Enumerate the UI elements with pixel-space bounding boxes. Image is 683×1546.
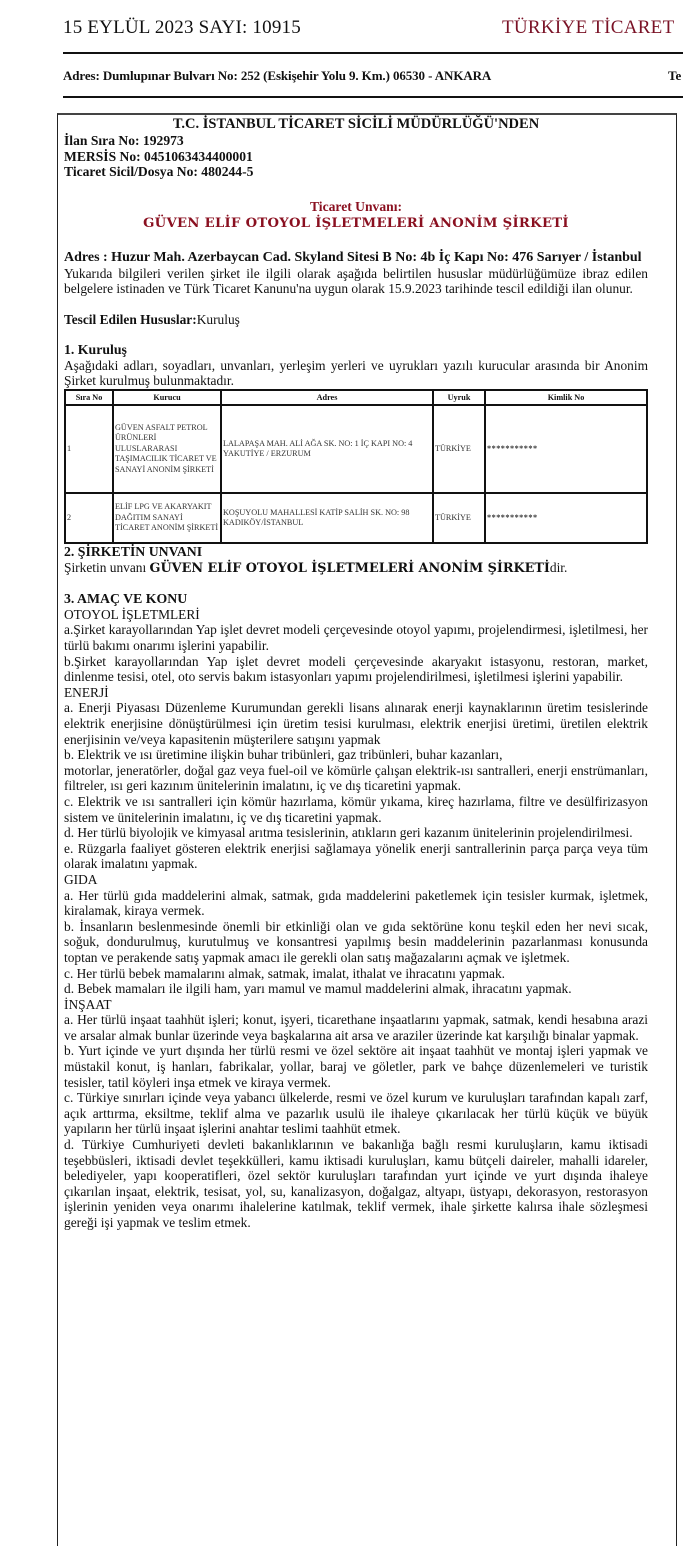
purpose-item: b. Elektrik ve ısı üretimine ilişkin buh…: [64, 747, 648, 763]
table-row: 1 GÜVEN ASFALT PETROL ÜRÜNLERİ ULUSLARAR…: [65, 405, 647, 493]
section-2-company-name: GÜVEN ELİF OTOYOL İŞLETMELERİ ANONİM ŞİR…: [150, 561, 550, 576]
table-row: 2 ELİF LPG VE AKARYAKIT DAĞITIM SANAYİ T…: [65, 493, 647, 543]
col-header-adres: Adres: [221, 390, 433, 405]
purpose-item: motorlar, jeneratörler, doğal gaz veya f…: [64, 763, 648, 794]
table-header-row: Sıra No Kurucu Adres Uyruk Kimlik No: [65, 390, 647, 405]
trade-name-label: Ticaret Unvanı:: [64, 199, 648, 215]
purpose-item: a. Her türlü inşaat taahhüt işleri; konu…: [64, 1012, 648, 1043]
purpose-group-heading: İNŞAAT: [64, 997, 648, 1013]
purpose-item: b. İnsanların beslenmesinde önemli bir e…: [64, 919, 648, 966]
purpose-group-heading: GIDA: [64, 872, 648, 888]
section-2-text: Şirketin unvanı GÜVEN ELİF OTOYOL İŞLETM…: [64, 560, 648, 577]
purpose-item: c. Elektrik ve ısı santralleri için kömü…: [64, 794, 648, 825]
notice-content: T.C. İSTANBUL TİCARET SİCİLİ MÜDÜRLÜĞÜ'N…: [64, 116, 648, 1231]
purpose-item: b. Yurt içinde ve yurt dışında her türlü…: [64, 1043, 648, 1090]
purpose-group-heading: ENERJİ: [64, 685, 648, 701]
col-header-sira-no: Sıra No: [65, 390, 113, 405]
notice-intro: Yukarıda bilgileri verilen şirket ile il…: [64, 266, 648, 297]
header-divider: [63, 52, 683, 54]
purpose-group-heading: OTOYOL İŞLETMLERİ: [64, 607, 648, 623]
cell-kimlik-no: ***********: [485, 493, 647, 543]
header-divider: [63, 96, 683, 98]
ilan-sira-no: İlan Sıra No: 192973: [64, 133, 648, 149]
purpose-item: d. Bebek mamaları ile ilgili ham, yarı m…: [64, 981, 648, 997]
cell-adres: KOŞUYOLU MAHALLESİ KATİP SALİH SK. NO: 9…: [221, 493, 433, 543]
trade-name: GÜVEN ELİF OTOYOL İŞLETMELERİ ANONİM ŞİR…: [64, 215, 648, 232]
company-address: Adres : Huzur Mah. Azerbaycan Cad. Skyla…: [64, 250, 648, 266]
cell-adres: LALAPAŞA MAH. ALİ AĞA SK. NO: 1 İÇ KAPI …: [221, 405, 433, 493]
founders-table: Sıra No Kurucu Adres Uyruk Kimlik No 1 G…: [64, 389, 648, 544]
col-header-kimlik-no: Kimlik No: [485, 390, 647, 405]
gazette-address: Adres: Dumlupınar Bulvarı No: 252 (Eskiş…: [63, 68, 491, 84]
section-3-title: 3. AMAÇ VE KONU: [64, 591, 648, 607]
cell-kurucu: GÜVEN ASFALT PETROL ÜRÜNLERİ ULUSLARARAS…: [113, 405, 221, 493]
mersis-no: MERSİS No: 0451063434400001: [64, 149, 648, 165]
purpose-item: a. Her türlü gıda maddelerini almak, sat…: [64, 888, 648, 919]
section-2-suffix: dir.: [550, 560, 567, 575]
section-1-title: 1. Kuruluş: [64, 342, 648, 358]
purpose-item: c. Türkiye sınırları içinde veya yabancı…: [64, 1090, 648, 1137]
issue-date-number: 15 EYLÜL 2023 SAYI: 10915: [63, 17, 301, 39]
section-2-prefix: Şirketin unvanı: [64, 560, 150, 575]
cell-uyruk: TÜRKİYE: [433, 405, 485, 493]
purpose-item: e. Rüzgarla faaliyet gösteren elektrik e…: [64, 841, 648, 872]
issuing-authority: T.C. İSTANBUL TİCARET SİCİLİ MÜDÜRLÜĞÜ'N…: [64, 116, 648, 133]
col-header-kurucu: Kurucu: [113, 390, 221, 405]
cell-kimlik-no: ***********: [485, 405, 647, 493]
purpose-item: d. Türkiye Cumhuriyeti devleti bakanlıkl…: [64, 1137, 648, 1231]
registered-matters: Tescil Edilen Hususlar:Kuruluş: [64, 312, 648, 328]
purpose-groups: OTOYOL İŞLETMLERİa.Şirket karayollarında…: [64, 607, 648, 1231]
purpose-item: b.Şirket karayollarından Yap işlet devre…: [64, 654, 648, 685]
purpose-item: c. Her türlü bebek mamalarını almak, sat…: [64, 966, 648, 982]
purpose-item: a. Enerji Piyasası Düzenleme Kurumundan …: [64, 700, 648, 747]
sicil-no: Ticaret Sicil/Dosya No: 480244-5: [64, 164, 648, 180]
section-1-text: Aşağıdaki adları, soyadları, unvanları, …: [64, 358, 648, 389]
purpose-item: a.Şirket karayollarından Yap işlet devre…: [64, 622, 648, 653]
section-2-title: 2. ŞİRKETİN UNVANI: [64, 544, 648, 560]
cell-kurucu: ELİF LPG VE AKARYAKIT DAĞITIM SANAYİ TİC…: [113, 493, 221, 543]
gazette-title: TÜRKİYE TİCARET: [502, 17, 675, 39]
col-header-uyruk: Uyruk: [433, 390, 485, 405]
cell-sira-no: 1: [65, 405, 113, 493]
registered-label: Tescil Edilen Hususlar:: [64, 312, 197, 327]
cell-uyruk: TÜRKİYE: [433, 493, 485, 543]
cell-sira-no: 2: [65, 493, 113, 543]
gazette-tel-fragment: Te: [668, 68, 681, 84]
purpose-item: d. Her türlü biyolojik ve kimyasal arıtm…: [64, 825, 648, 841]
registered-value: Kuruluş: [197, 312, 240, 327]
